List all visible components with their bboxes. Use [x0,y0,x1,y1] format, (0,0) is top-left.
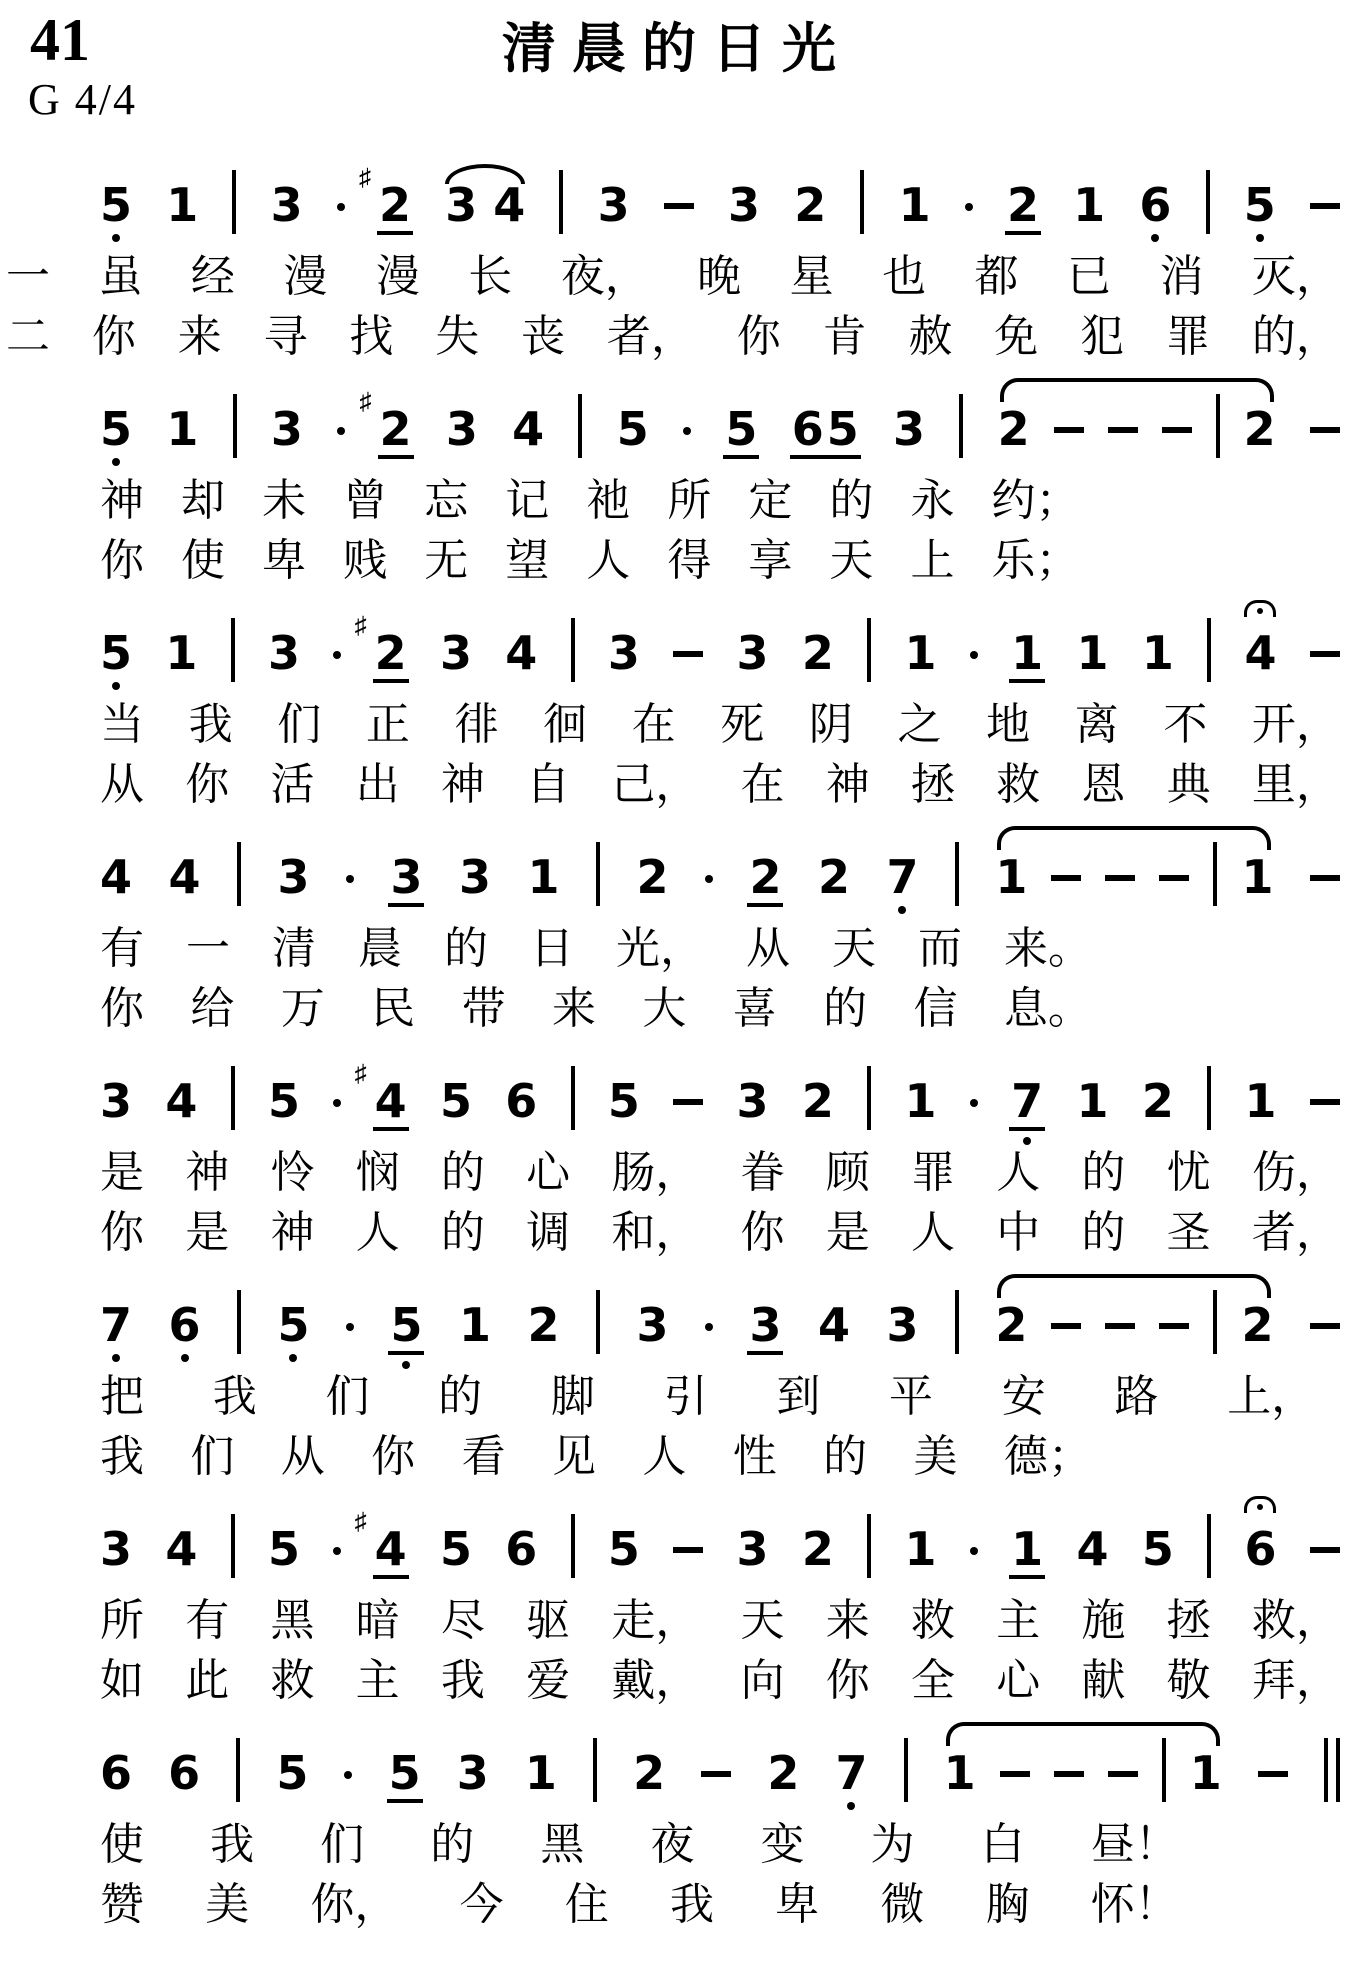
duration-dash [673,651,703,657]
note: ♯2 [380,406,412,452]
lyric-syllable: 犯 [1080,315,1124,359]
lyric-syllable: 星 [790,255,834,299]
duration-dash [1258,1771,1288,1777]
low-octave-dot [402,1361,410,1369]
lyric-syllable: 救 [996,763,1040,807]
duration-dash [664,203,694,209]
lyric-syllable: 黑 [540,1823,584,1867]
augmentation-dot [333,1099,341,1107]
note: 1 [527,854,559,900]
note-digit: 5 [1244,182,1276,228]
lyric-syllable: 所 [667,479,711,523]
fermata-icon [1244,1496,1276,1513]
barline [231,1066,235,1130]
notation-line: 66553122711 [100,1708,1340,1812]
note: 5 [1244,182,1276,228]
low-octave-dot [112,1354,120,1362]
lyric-syllable: 主 [356,1659,400,1703]
barline [867,618,871,682]
note-digit: 5 [440,1526,472,1572]
lyric-syllable: 们 [277,703,321,747]
lyric-syllable: 你 [737,315,781,359]
lyric-syllable: 大 [642,987,686,1031]
note: 6 [169,1302,201,1348]
note-digit: 3 [893,406,925,452]
note-digit: 3 [446,406,478,452]
lyric-syllable: 你 [185,763,229,807]
duration-dash [1310,1099,1340,1105]
note-digit: 2 [767,1750,799,1796]
note: 5 [440,1078,472,1124]
note-digit: 5 [277,1302,309,1348]
notation-line: 513♯2345565322 [100,364,1340,468]
note-digit: 6 [505,1078,537,1124]
lyric-syllable: 当 [100,703,144,747]
lyric-syllable: 来 [552,987,596,1031]
note-digit: 3 [268,630,300,676]
music-system: 443331222711有一清晨的日光，从天而来。你给万民带来大喜的信息。 [0,812,1354,1036]
note: 1 [1073,182,1105,228]
note: 7 [100,1302,132,1348]
barline [955,842,959,906]
note: 3 [893,406,925,452]
lyric-syllable: 的 [441,1151,485,1195]
note: 6 [505,1078,537,1124]
note: 4 [165,1078,197,1124]
duration-dash [1159,1323,1189,1329]
lyric-syllable: 你， [310,1883,398,1927]
note: 2 [802,1526,834,1572]
lyric-syllable: 神 [185,1151,229,1195]
note: 1 [1011,630,1043,676]
note: 7 [1011,1078,1043,1124]
note-digit: 7 [886,854,918,900]
note-digit: 3 [737,1526,769,1572]
note: 2 [1244,406,1276,452]
lyric-syllable: 约； [992,479,1080,523]
note-digit: 3 [440,630,472,676]
note: 1 [459,1302,491,1348]
lyric-syllable: 灭， [1252,255,1340,299]
notation-line: 513♯23433211114 [100,588,1340,692]
lyric-syllable: 的 [430,1823,474,1867]
barline [237,842,241,906]
lyric-syllable: 赦 [908,315,952,359]
lyric-syllable: 人 [356,1211,400,1255]
note: 2 [818,854,850,900]
lyric-syllable: 出 [356,763,400,807]
note: 1 [166,182,198,228]
note: 5 [1142,1526,1174,1572]
lyric-syllable: 晨 [358,927,402,971]
note-digit: 2 [818,854,850,900]
music-system: 765512334322把我们的脚引到平安路上，我们从你看见人性的美德； [0,1260,1354,1484]
note-digit: 5 [617,406,649,452]
note-digit: 1 [525,1750,557,1796]
lyric-syllable: 的 [438,1375,482,1419]
lyric-syllable: 上 [910,539,954,583]
lyric-syllable: 你 [741,1211,785,1255]
note-digit: 6 [792,406,824,452]
lyric-syllable: 的 [1081,1211,1125,1255]
lyric-syllable: 天 [832,927,876,971]
lyric-syllable: 天 [741,1599,785,1643]
lyric-syllable: 失 [435,315,479,359]
barline [1207,1514,1211,1578]
note: 7 [835,1750,867,1796]
lyric-syllable: 的 [441,1211,485,1255]
lyric-syllable: 人 [911,1211,955,1255]
lyric-syllable: 从 [100,763,144,807]
note-digit: 6 [169,1302,201,1348]
augmentation-dot [970,1547,978,1555]
note-digit: 1 [1244,1078,1276,1124]
music-system: 513♯2345565322神却未曾忘记祂所定的永约；你使卑贱无望人得享天上乐； [0,364,1354,588]
lyric-syllable: 悯 [356,1151,400,1195]
note-digit: 4 [375,1526,407,1572]
note: 5 [725,406,757,452]
lyric-line: 当我们正徘徊在死阴之地离不开， [100,692,1340,752]
duration-dash [1310,1323,1340,1329]
note: 7 [886,854,918,900]
lyric-syllable: 美 [205,1883,249,1927]
note: 6 [505,1526,537,1572]
augmentation-dot [970,651,978,659]
lyric-syllable: 我 [213,1375,257,1419]
lyric-syllable: 使 [181,539,225,583]
lyric-syllable: 开， [1252,703,1340,747]
duration-dash [1108,427,1138,433]
note-digit: 6 [100,1750,132,1796]
note: 1 [1142,630,1174,676]
note-digit: 2 [998,406,1030,452]
note-digit: 2 [1241,1302,1273,1348]
lyric-syllable: 免 [994,315,1038,359]
lyric-syllable: 怜 [270,1151,314,1195]
note-digit: 4 [1076,1526,1108,1572]
lyric-syllable: 者， [1252,1211,1340,1255]
lyric-syllable: 变 [760,1823,804,1867]
lyric-syllable: 阴 [809,703,853,747]
barline [233,394,237,458]
lyric-syllable: 典 [1167,763,1211,807]
lyric-syllable: 经 [191,255,235,299]
lyric-syllable: 把 [100,1375,144,1419]
lyric-syllable: 光， [616,927,704,971]
note-digit: 1 [1076,630,1108,676]
barline [1216,394,1220,458]
note: 1 [905,1526,937,1572]
lyric-syllable: 看 [462,1435,506,1479]
note-digit: 3 [271,182,303,228]
note-digit: 1 [166,182,198,228]
note-digit: 2 [379,182,411,228]
note: ♯2 [375,630,407,676]
note-digit: 1 [1011,1526,1043,1572]
note-digit: 1 [905,1078,937,1124]
duration-dash [1108,1771,1138,1777]
note-digit: 5 [440,1078,472,1124]
lyric-syllable: 从 [281,1435,325,1479]
lyric-syllable: 人 [586,539,630,583]
duration-dash [673,1547,703,1553]
augmentation-dot [705,1323,713,1331]
duration-dash [1310,875,1340,881]
lyric-syllable: 拯 [911,763,955,807]
lyric-syllable: 向 [741,1659,785,1703]
barline [237,1290,241,1354]
lyric-syllable: 的 [823,1435,867,1479]
augmentation-dot [337,427,345,435]
barline [1324,1738,1328,1802]
augmentation-dot [346,1323,354,1331]
notation-line: 443331222711 [100,812,1340,916]
lyric-syllable: 而 [918,927,962,971]
lyric-syllable: 献 [1081,1659,1125,1703]
note-digit: 1 [459,1302,491,1348]
note-digit: 5 [268,1078,300,1124]
note-digit: 1 [1011,630,1043,676]
note-digit: 4 [169,854,201,900]
lyric-syllable: 寻 [264,315,308,359]
note-digit: 5 [608,1078,640,1124]
lyric-syllable: 无 [424,539,468,583]
lyric-syllable: 活 [270,763,314,807]
lyric-syllable: 调 [526,1211,570,1255]
note-digit: 2 [794,182,826,228]
note-digit: 4 [165,1526,197,1572]
note-digit: 3 [737,1078,769,1124]
note-digit: 3 [728,182,760,228]
lyric-syllable: 人 [996,1151,1040,1195]
lyric-syllable: 全 [911,1659,955,1703]
note-digit: 3 [886,1302,918,1348]
lyric-syllable: 安 [1002,1375,1046,1419]
note: 3 [277,854,309,900]
note: 1 [905,630,937,676]
note: 2 [749,854,781,900]
low-octave-dot [289,1354,297,1362]
duration-dash [1051,1323,1081,1329]
note: 5 [608,1078,640,1124]
lyric-syllable: 天 [829,539,873,583]
duration-dash [1105,875,1135,881]
note-digit: 3 [749,1302,781,1348]
note-digit: 2 [527,1302,559,1348]
low-octave-dot [1256,234,1264,242]
lyric-syllable: 我 [210,1823,254,1867]
lyric-syllable: 的 [823,987,867,1031]
lyric-syllable: 丧 [521,315,565,359]
lyric-syllable: 也 [882,255,926,299]
lyric-syllable: 的 [1081,1151,1125,1195]
lyric-syllable: 顾 [826,1151,870,1195]
lyric-syllable: 卑 [775,1883,819,1927]
barline [232,170,236,234]
note: 3 [636,1302,668,1348]
score-body: 513♯23433212165一虽经漫漫长夜，晚星也都已消灭，二你来寻找失丧者，… [0,140,1354,1932]
music-system: 345♯45653211456所有黑暗尽驱走，天来救主施拯救，如此救主我爱戴，向… [0,1484,1354,1708]
lyric-syllable: 晚 [697,255,741,299]
lyric-syllable: 消 [1159,255,1203,299]
note-digit: 1 [527,854,559,900]
note-digit: 2 [802,630,834,676]
page-title: 清晨的日光 [0,20,1354,79]
note: 5 [440,1526,472,1572]
lyric-syllable: 神 [270,1211,314,1255]
lyric-syllable: 徊 [543,703,587,747]
lyric-syllable: 眷 [741,1151,785,1195]
lyric-syllable: 德； [1004,1435,1092,1479]
lyric-syllable: 地 [986,703,1030,747]
music-system: 513♯23433211114当我们正徘徊在死阴之地离不开，从你活出神自己，在神… [0,588,1354,812]
lyric-syllable: 带 [462,987,506,1031]
lyric-syllable: 却 [181,479,225,523]
note-digit: 2 [802,1526,834,1572]
note-digit: 4 [375,1078,407,1124]
note-digit: 1 [905,630,937,676]
note-digit: 1 [1190,1750,1222,1796]
lyric-syllable: 者， [607,315,695,359]
lyric-syllable: 神 [441,763,485,807]
note-digit: 2 [1142,1078,1174,1124]
lyric-syllable: 敬 [1167,1659,1211,1703]
lyric-syllable: 曾 [343,479,387,523]
note: 2 [998,406,1030,452]
barline [231,1514,235,1578]
augmentation-dot [965,203,973,211]
note-digit: 3 [445,182,477,228]
note: ♯2 [379,182,411,228]
lyric-syllable: 卑 [262,539,306,583]
lyric-syllable: 来 [178,315,222,359]
note-digit: 3 [100,1078,132,1124]
note-digit: 6 [168,1750,200,1796]
note-digit: 6 [505,1526,537,1572]
note: 2 [527,1302,559,1348]
note: 1 [995,854,1027,900]
lyric-syllable: 来 [826,1599,870,1643]
lyric-syllable: 夜， [561,255,649,299]
note: 5 [617,406,649,452]
note-digit: 5 [100,182,132,228]
lyric-syllable: 罪 [911,1151,955,1195]
lyric-syllable: 见 [552,1435,596,1479]
lyric-syllable: 昼！ [1091,1823,1179,1867]
lyric-syllable: 施 [1081,1599,1125,1643]
lyric-syllable: 给 [190,987,234,1031]
note: 2 [802,630,834,676]
note: 4 [493,182,525,228]
note-digit: 2 [636,854,668,900]
note: 4 [818,1302,850,1348]
slur-arc-group: 34 [445,182,525,228]
note-digit: 3 [598,182,630,228]
lyric-syllable: 乐； [992,539,1080,583]
note-digit: 2 [802,1078,834,1124]
lyric-syllable: 如 [100,1659,144,1703]
note-digit: 3 [100,1526,132,1572]
lyric-syllable: 你 [826,1659,870,1703]
lyric-syllable: 你 [371,1435,415,1479]
sharp-icon: ♯ [359,166,371,190]
note: 1 [1011,1526,1043,1572]
note-digit: 4 [165,1078,197,1124]
note: 4 [169,854,201,900]
note: 4 [505,630,537,676]
duration-dash [1000,1771,1030,1777]
note-digit: 3 [737,630,769,676]
lyric-syllable: 漫 [376,255,420,299]
note: ♯4 [375,1078,407,1124]
lyric-line: 所有黑暗尽驱走，天来救主施拯救， [100,1588,1340,1648]
music-system: 345♯45653217121是神怜悯的心肠，眷顾罪人的忧伤，你是神人的调和，你… [0,1036,1354,1260]
lyric-syllable: 的 [444,927,488,971]
note: 3 [737,1526,769,1572]
verse-marker: 二 [6,315,50,359]
lyric-syllable: 我 [441,1659,485,1703]
lyric-syllable: 神 [826,763,870,807]
lyric-line: 把我们的脚引到平安路上， [100,1364,1315,1424]
lyric-line: 二你来寻找失丧者，你肯赦免犯罪的， [6,304,1340,364]
lyric-syllable: 主 [996,1599,1040,1643]
page-header: 41 清晨的日光 G 4/4 [0,0,1354,140]
note-digit: 5 [827,406,859,452]
note-digit: 4 [100,854,132,900]
note-digit: 3 [608,630,640,676]
lyric-syllable: 来。 [1004,927,1092,971]
lyric-syllable: 你 [92,315,136,359]
note-digit: 1 [165,630,197,676]
lyric-syllable: 我 [189,703,233,747]
tie-arc-group: 22 [995,1290,1273,1348]
notation-line: 345♯45653217121 [100,1036,1340,1140]
low-octave-dot [847,1802,855,1810]
lyric-syllable: 使 [100,1823,144,1867]
lyric-syllable: 们 [320,1823,364,1867]
key-time-signature: G 4/4 [28,78,137,122]
lyric-syllable: 戴， [611,1659,699,1703]
note-digit: 1 [905,1526,937,1572]
note: 6 [1139,182,1171,228]
note: 6 [168,1750,200,1796]
note: 3 [737,1078,769,1124]
lyric-line: 你给万民带来大喜的信息。 [100,976,1092,1036]
augmentation-dot [346,875,354,883]
barline [867,1514,871,1578]
sharp-icon: ♯ [355,1510,367,1534]
lyric-syllable: 伤， [1252,1151,1340,1195]
lyric-syllable: 喜 [733,987,777,1031]
lyric-syllable: 肯 [823,315,867,359]
sheet-music-page: { "header": { "number": "41", "key_time"… [0,0,1354,1984]
barline [571,1514,575,1578]
barline [1207,618,1211,682]
barline [571,1066,575,1130]
duration-dash [1162,427,1192,433]
note-digit: 5 [100,630,132,676]
lyric-syllable: 走， [611,1599,699,1643]
note: 3 [457,1750,489,1796]
note-digit: 3 [390,854,422,900]
duration-dash [1105,1323,1135,1329]
lyric-syllable: 你 [100,539,144,583]
lyric-syllable: 有 [100,927,144,971]
lyric-syllable: 虽 [98,255,142,299]
lyric-line: 你使卑贱无望人得享天上乐； [100,528,1080,588]
note: 5 [389,1750,421,1796]
note: 2 [1142,1078,1174,1124]
